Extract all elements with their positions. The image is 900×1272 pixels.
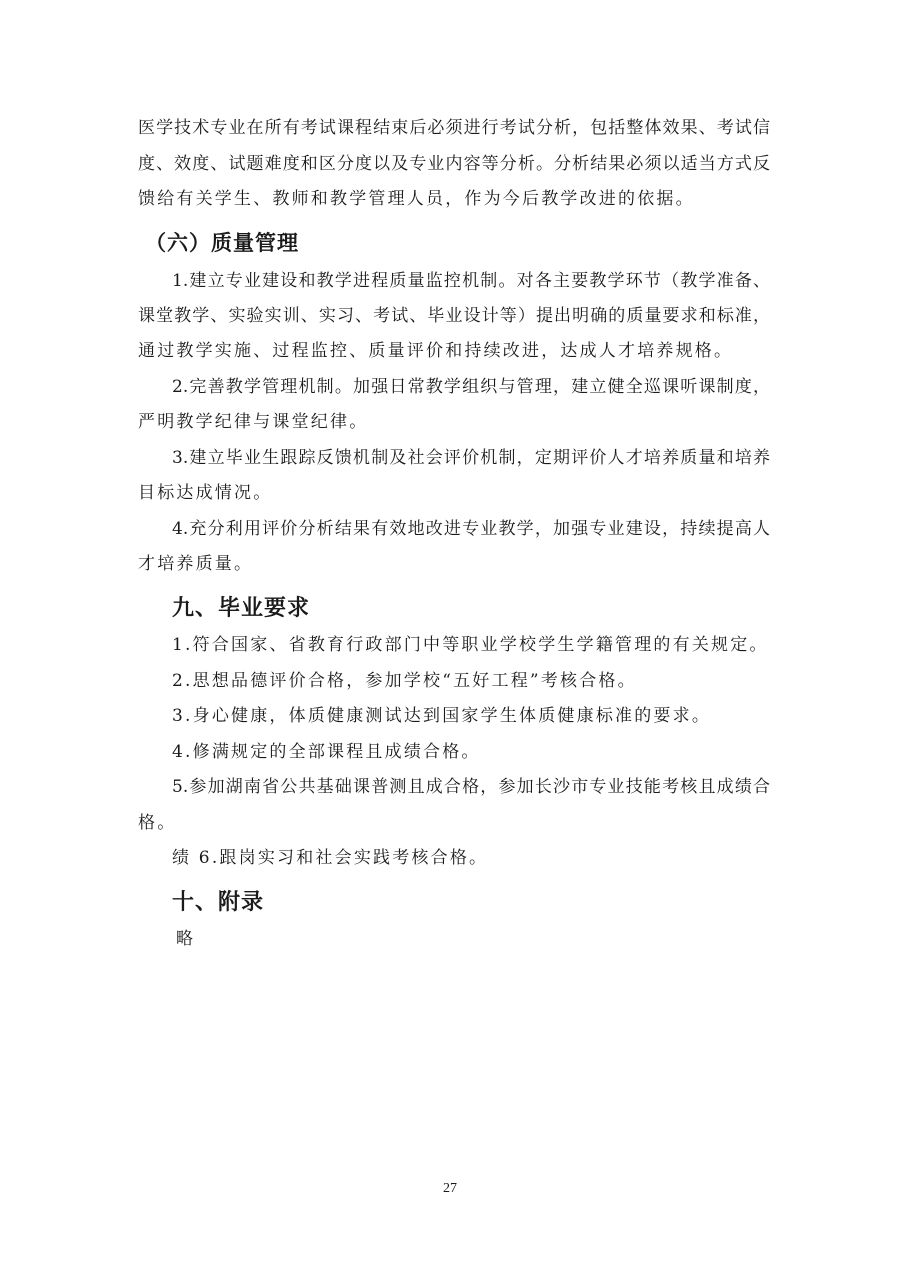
intro-paragraph-line: 度、效度、试题难度和区分度以及专业内容等分析。分析结果必须以适当方式反 — [138, 153, 770, 175]
graduation-item-6: 绩 6.跟岗实习和社会实践考核合格。 — [172, 847, 804, 869]
section-heading-graduation-requirements: 九、毕业要求 — [172, 591, 310, 622]
quality-item-1-line: 课堂教学、实验实训、实习、考试、毕业设计等）提出明确的质量要求和标准， — [138, 305, 770, 327]
intro-paragraph-line: 馈给有关学生、教师和教学管理人员，作为今后教学改进的依据。 — [138, 188, 770, 210]
graduation-item-4: 4.修满规定的全部课程且成绩合格。 — [172, 741, 804, 763]
graduation-item-5-line: 5.参加湖南省公共基础课普测且成合格，参加长沙市专业技能考核且成绩合 — [172, 776, 770, 798]
section-heading-appendix: 十、附录 — [172, 885, 264, 916]
quality-item-4-line: 4.充分利用评价分析结果有效地改进专业教学，加强专业建设，持续提高人 — [172, 518, 770, 540]
intro-paragraph-line: 医学技术专业在所有考试课程结束后必须进行考试分析，包括整体效果、考试信 — [138, 117, 770, 139]
quality-item-1-line: 通过教学实施、过程监控、质量评价和持续改进，达成人才培养规格。 — [138, 340, 770, 362]
document-page: 医学技术专业在所有考试课程结束后必须进行考试分析，包括整体效果、考试信 度、效度… — [0, 0, 900, 1272]
quality-item-1-line: 1.建立专业建设和教学进程质量监控机制。对各主要教学环节（教学准备、 — [172, 270, 770, 292]
quality-item-2-line: 严明教学纪律与课堂纪律。 — [138, 411, 770, 433]
graduation-item-1: 1.符合国家、省教育行政部门中等职业学校学生学籍管理的有关规定。 — [172, 634, 804, 656]
graduation-item-3: 3.身心健康，体质健康测试达到国家学生体质健康标准的要求。 — [172, 705, 804, 727]
appendix-body: 略 — [176, 928, 808, 950]
graduation-item-5-line: 格。 — [138, 812, 770, 834]
section-heading-quality-management: （六）质量管理 — [145, 227, 299, 257]
quality-item-3-line: 3.建立毕业生跟踪反馈机制及社会评价机制，定期评价人才培养质量和培养 — [172, 447, 770, 469]
graduation-item-2: 2.思想品德评价合格，参加学校“五好工程”考核合格。 — [172, 670, 804, 692]
page-number: 27 — [0, 1181, 900, 1197]
quality-item-2-line: 2.完善教学管理机制。加强日常教学组织与管理，建立健全巡课听课制度， — [172, 376, 770, 398]
quality-item-3-line: 目标达成情况。 — [138, 482, 770, 504]
quality-item-4-line: 才培养质量。 — [138, 553, 770, 575]
